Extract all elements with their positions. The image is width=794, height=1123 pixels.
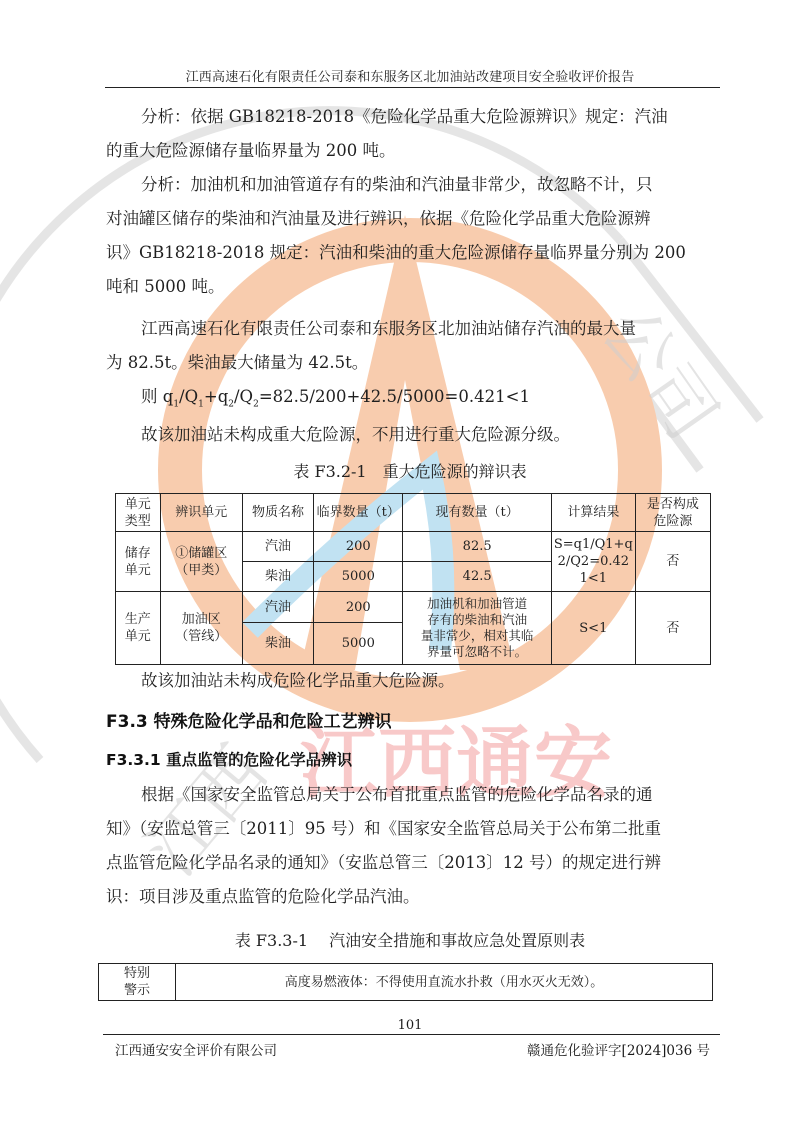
existing-cell: 42.5 xyxy=(403,562,551,592)
footer-doc-number: 赣通危化验评字[2024]036 号 xyxy=(527,1039,710,1059)
critical-cell: 5000 xyxy=(314,562,403,592)
critical-cell: 5000 xyxy=(314,623,403,665)
paragraph-line: 对油罐区储存的柴油和汽油量及进行辨识，依据《危险化学品重大危险源辨 xyxy=(106,202,718,236)
gasoline-safety-table: 特别警示 高度易燃液体：不得使用直流水扑救（用水灭火无效）。 xyxy=(98,963,713,1001)
result-cell: S=q1/Q1+q2/Q2=0.421<1 xyxy=(551,532,635,592)
paragraph-line: 分析：依据 GB18218-2018《危险化学品重大危险源辨识》规定：汽油 xyxy=(106,100,718,134)
paragraph-line: 的重大危险源储存量临界量为 200 吨。 xyxy=(106,134,718,168)
label-cell: 特别警示 xyxy=(99,964,176,1001)
is-hazard-cell: 否 xyxy=(635,532,710,592)
table-row: 储存单元 ①储罐区（甲类） 汽油 200 82.5 S=q1/Q1+q2/Q2=… xyxy=(116,532,711,562)
paragraph-line: 知》（安监总管三〔2011〕95 号）和《国家安全监管总局关于公布第二批重 xyxy=(106,812,718,846)
table-caption: 表 F3.3-1 汽油安全措施和事故应急处置原则表 xyxy=(100,928,720,951)
content-cell: 高度易燃液体：不得使用直流水扑救（用水灭火无效）。 xyxy=(176,964,713,1001)
formula-line: 则 q1/Q1+q2/Q2=82.5/200+42.5/5000=0.421<1 xyxy=(106,380,718,421)
table-row: 特别警示 高度易燃液体：不得使用直流水扑救（用水灭火无效）。 xyxy=(99,964,713,1001)
footer-rule xyxy=(103,1034,720,1035)
critical-cell: 200 xyxy=(314,592,403,623)
header-cell: 现有数量（t） xyxy=(403,494,551,532)
paragraph-line: 吨和 5000 吨。 xyxy=(106,270,718,304)
existing-note-cell: 加油机和加油管道存有的柴油和汽油量非常少，相对其临界量可忽略不计。 xyxy=(403,592,551,665)
substance-cell: 柴油 xyxy=(242,562,313,592)
substance-cell: 汽油 xyxy=(242,592,313,623)
is-hazard-cell: 否 xyxy=(635,592,710,665)
ident-unit-cell: 加油区（管线） xyxy=(160,592,242,665)
paragraph-line: 故该加油站未构成重大危险源，不用进行重大危险源分级。 xyxy=(106,418,718,452)
unit-type-cell: 储存单元 xyxy=(116,532,161,592)
substance-cell: 柴油 xyxy=(242,623,313,665)
table-caption: 表 F3.2-1 重大危险源的辩识表 xyxy=(100,459,720,482)
footer-company: 江西通安安全评价有限公司 xyxy=(115,1039,277,1059)
unit-type-cell: 生产单元 xyxy=(116,592,161,665)
paragraph-line: 点监管危险化学品名录的通知》（安监总管三〔2013〕12 号）的规定进行辨 xyxy=(106,846,718,880)
paragraph-line: 识》GB18218-2018 规定：汽油和柴油的重大危险源储存量临界量分别为 2… xyxy=(106,236,718,270)
header-cell: 计算结果 xyxy=(551,494,635,532)
header-cell: 单元类型 xyxy=(116,494,161,532)
document-page: 江西通安 江西 公司 江西高速石化有限责任公司泰和东服务区北加油站改建项目安全验… xyxy=(0,0,794,1123)
running-header: 江西高速石化有限责任公司泰和东服务区北加油站改建项目安全验收评价报告 xyxy=(100,66,720,85)
paragraph-line: 故该加油站未构成危险化学品重大危险源。 xyxy=(106,664,718,698)
paragraph-line: 根据《国家安全监管总局关于公布首批重点监管的危险化学品名录的通 xyxy=(106,778,718,812)
section-heading-f3-3-1: F3.3.1 重点监管的危险化学品辨识 xyxy=(106,748,352,770)
existing-cell: 82.5 xyxy=(403,532,551,562)
paragraph-line: 识：项目涉及重点监管的危险化学品汽油。 xyxy=(106,880,718,914)
section-heading-f3-3: F3.3 特殊危险化学品和危险工艺辨识 xyxy=(106,707,392,732)
table-header-row: 单元类型 辨识单元 物质名称 临界数量（t） 现有数量（t） 计算结果 是否构成… xyxy=(116,494,711,532)
header-cell: 辨识单元 xyxy=(160,494,242,532)
paragraph-line: 分析：加油机和加油管道存有的柴油和汽油量非常少，故忽略不计，只 xyxy=(106,168,718,202)
paragraph-line: 为 82.5t。柴油最大储量为 42.5t。 xyxy=(106,346,718,380)
page-number: 101 xyxy=(100,1018,720,1033)
result-cell: S<1 xyxy=(551,592,635,665)
header-cell: 物质名称 xyxy=(242,494,313,532)
header-cell: 是否构成危险源 xyxy=(635,494,710,532)
substance-cell: 汽油 xyxy=(242,532,313,562)
table-row: 生产单元 加油区（管线） 汽油 200 加油机和加油管道存有的柴油和汽油量非常少… xyxy=(116,592,711,623)
hazard-identification-table: 单元类型 辨识单元 物质名称 临界数量（t） 现有数量（t） 计算结果 是否构成… xyxy=(115,493,711,665)
critical-cell: 200 xyxy=(314,532,403,562)
header-cell: 临界数量（t） xyxy=(314,494,403,532)
paragraph-line: 江西高速石化有限责任公司泰和东服务区北加油站储存汽油的最大量 xyxy=(106,312,718,346)
ident-unit-cell: ①储罐区（甲类） xyxy=(160,532,242,592)
header-rule xyxy=(105,87,720,88)
